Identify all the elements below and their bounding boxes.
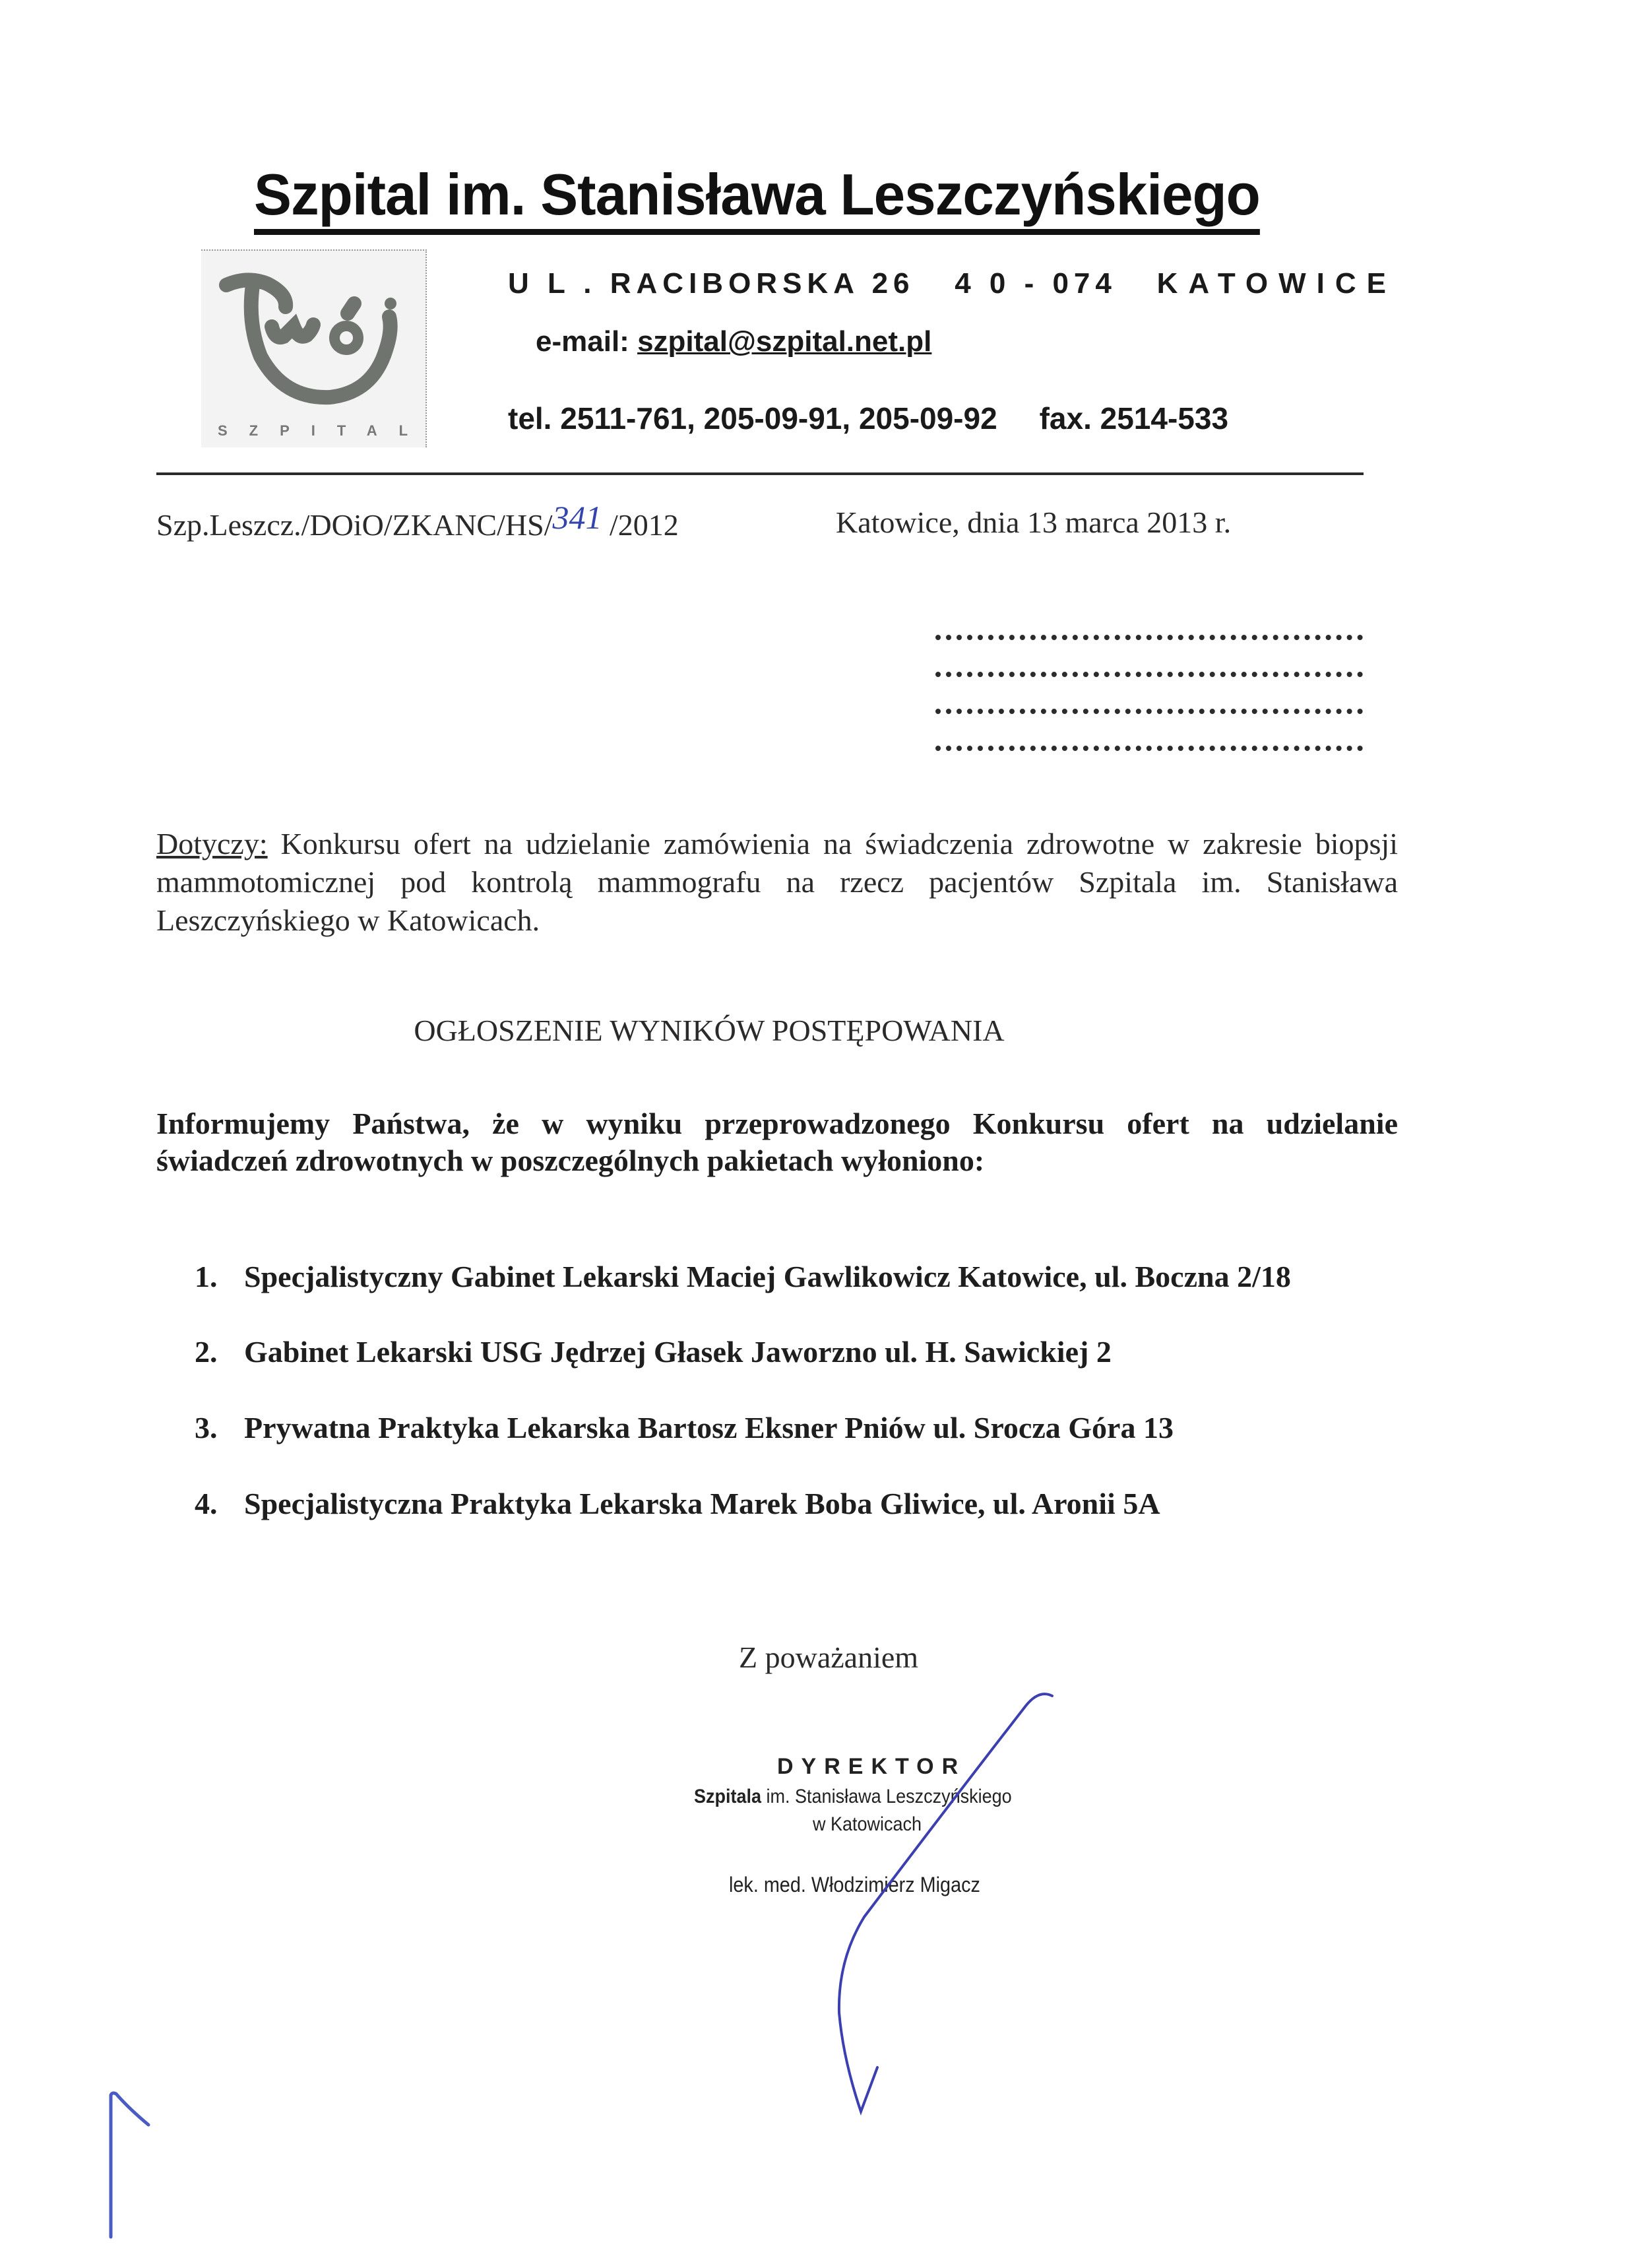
email-row: e-mail: szpital@szpital.net.pl xyxy=(536,325,931,358)
addressee-line-3 xyxy=(935,709,1363,714)
stamp-institution: Szpitala im. Stanisława Leszczyńskiego xyxy=(694,1786,1012,1808)
phone-numbers: tel. 2511-761, 205-09-91, 205-09-92 xyxy=(508,401,997,436)
list-item-text: Specjalistyczny Gabinet Lekarski Maciej … xyxy=(244,1260,1291,1293)
addressee-line-4 xyxy=(935,746,1363,751)
list-item-text: Specjalistyczna Praktyka Lekarska Marek … xyxy=(244,1487,1160,1520)
list-item-number: 3. xyxy=(195,1410,244,1445)
date-line: Katowice, dnia 13 marca 2013 r. xyxy=(836,505,1231,540)
list-item-number: 1. xyxy=(195,1259,244,1294)
city: KATOWICE xyxy=(1157,267,1397,300)
letterhead-divider xyxy=(156,472,1364,475)
addressee-line-1 xyxy=(935,635,1363,640)
reference-suffix: /2012 xyxy=(602,508,678,542)
fax-number: fax. 2514-533 xyxy=(1040,401,1228,436)
stamp-institution-bold: Szpitala xyxy=(694,1786,761,1807)
addressee-line-2 xyxy=(935,672,1363,677)
list-item: 2.Gabinet Lekarski USG Jędrzej Głasek Ja… xyxy=(195,1334,1112,1369)
director-name: lek. med. Włodzimierz Migacz xyxy=(729,1873,980,1897)
hospital-name-title: Szpital im. Stanisława Leszczyńskiego xyxy=(254,162,1260,235)
stamp-title: DYREKTOR xyxy=(777,1754,966,1780)
handwritten-number: 341 xyxy=(552,499,602,536)
list-item-text: Gabinet Lekarski USG Jędrzej Głasek Jawo… xyxy=(244,1335,1112,1369)
stamp-institution-rest: im. Stanisława Leszczyńskiego xyxy=(761,1786,1012,1807)
intro-paragraph: Informujemy Państwa, że w wyniku przepro… xyxy=(156,1105,1398,1179)
list-item: 1.Specjalistyczny Gabinet Lekarski Macie… xyxy=(195,1259,1291,1294)
reference-prefix: Szp.Leszcz./DOiO/ZKANC/HS/ xyxy=(156,508,552,542)
hospital-address: U L . RACIBORSKA 26 4 0 - 074 KATOWICE xyxy=(508,267,1397,300)
subject-paragraph: Dotyczy: Konkursu ofert na udzielanie za… xyxy=(156,825,1398,940)
hospital-logo xyxy=(201,249,427,447)
smiley-logo-icon xyxy=(201,251,425,447)
contact-phones: tel. 2511-761, 205-09-91, 205-09-92 fax.… xyxy=(508,401,1228,436)
list-item-number: 2. xyxy=(195,1334,244,1369)
street-address: U L . RACIBORSKA 26 4 0 - 074 xyxy=(508,267,1117,300)
announcement-heading: OGŁOSZENIE WYNIKÓW POSTĘPOWANIA xyxy=(0,1013,1418,1048)
email-link[interactable]: szpital@szpital.net.pl xyxy=(637,325,931,358)
stamp-location: w Katowicach xyxy=(813,1813,922,1836)
list-item: 3.Prywatna Praktyka Lekarska Bartosz Eks… xyxy=(195,1410,1174,1445)
logo-caption: SZPITAL xyxy=(218,422,422,439)
subject-text: Konkursu ofert na udzielanie zamówienia … xyxy=(156,827,1398,937)
list-item-number: 4. xyxy=(195,1486,244,1521)
email-label: e-mail: xyxy=(536,325,629,358)
closing-salutation: Z poważaniem xyxy=(739,1640,918,1675)
list-item-text: Prywatna Praktyka Lekarska Bartosz Eksne… xyxy=(244,1411,1174,1444)
subject-label: Dotyczy: xyxy=(156,827,268,860)
reference-number: Szp.Leszcz./DOiO/ZKANC/HS/341 /2012 xyxy=(156,505,679,543)
list-item: 4.Specjalistyczna Praktyka Lekarska Mare… xyxy=(195,1486,1160,1521)
